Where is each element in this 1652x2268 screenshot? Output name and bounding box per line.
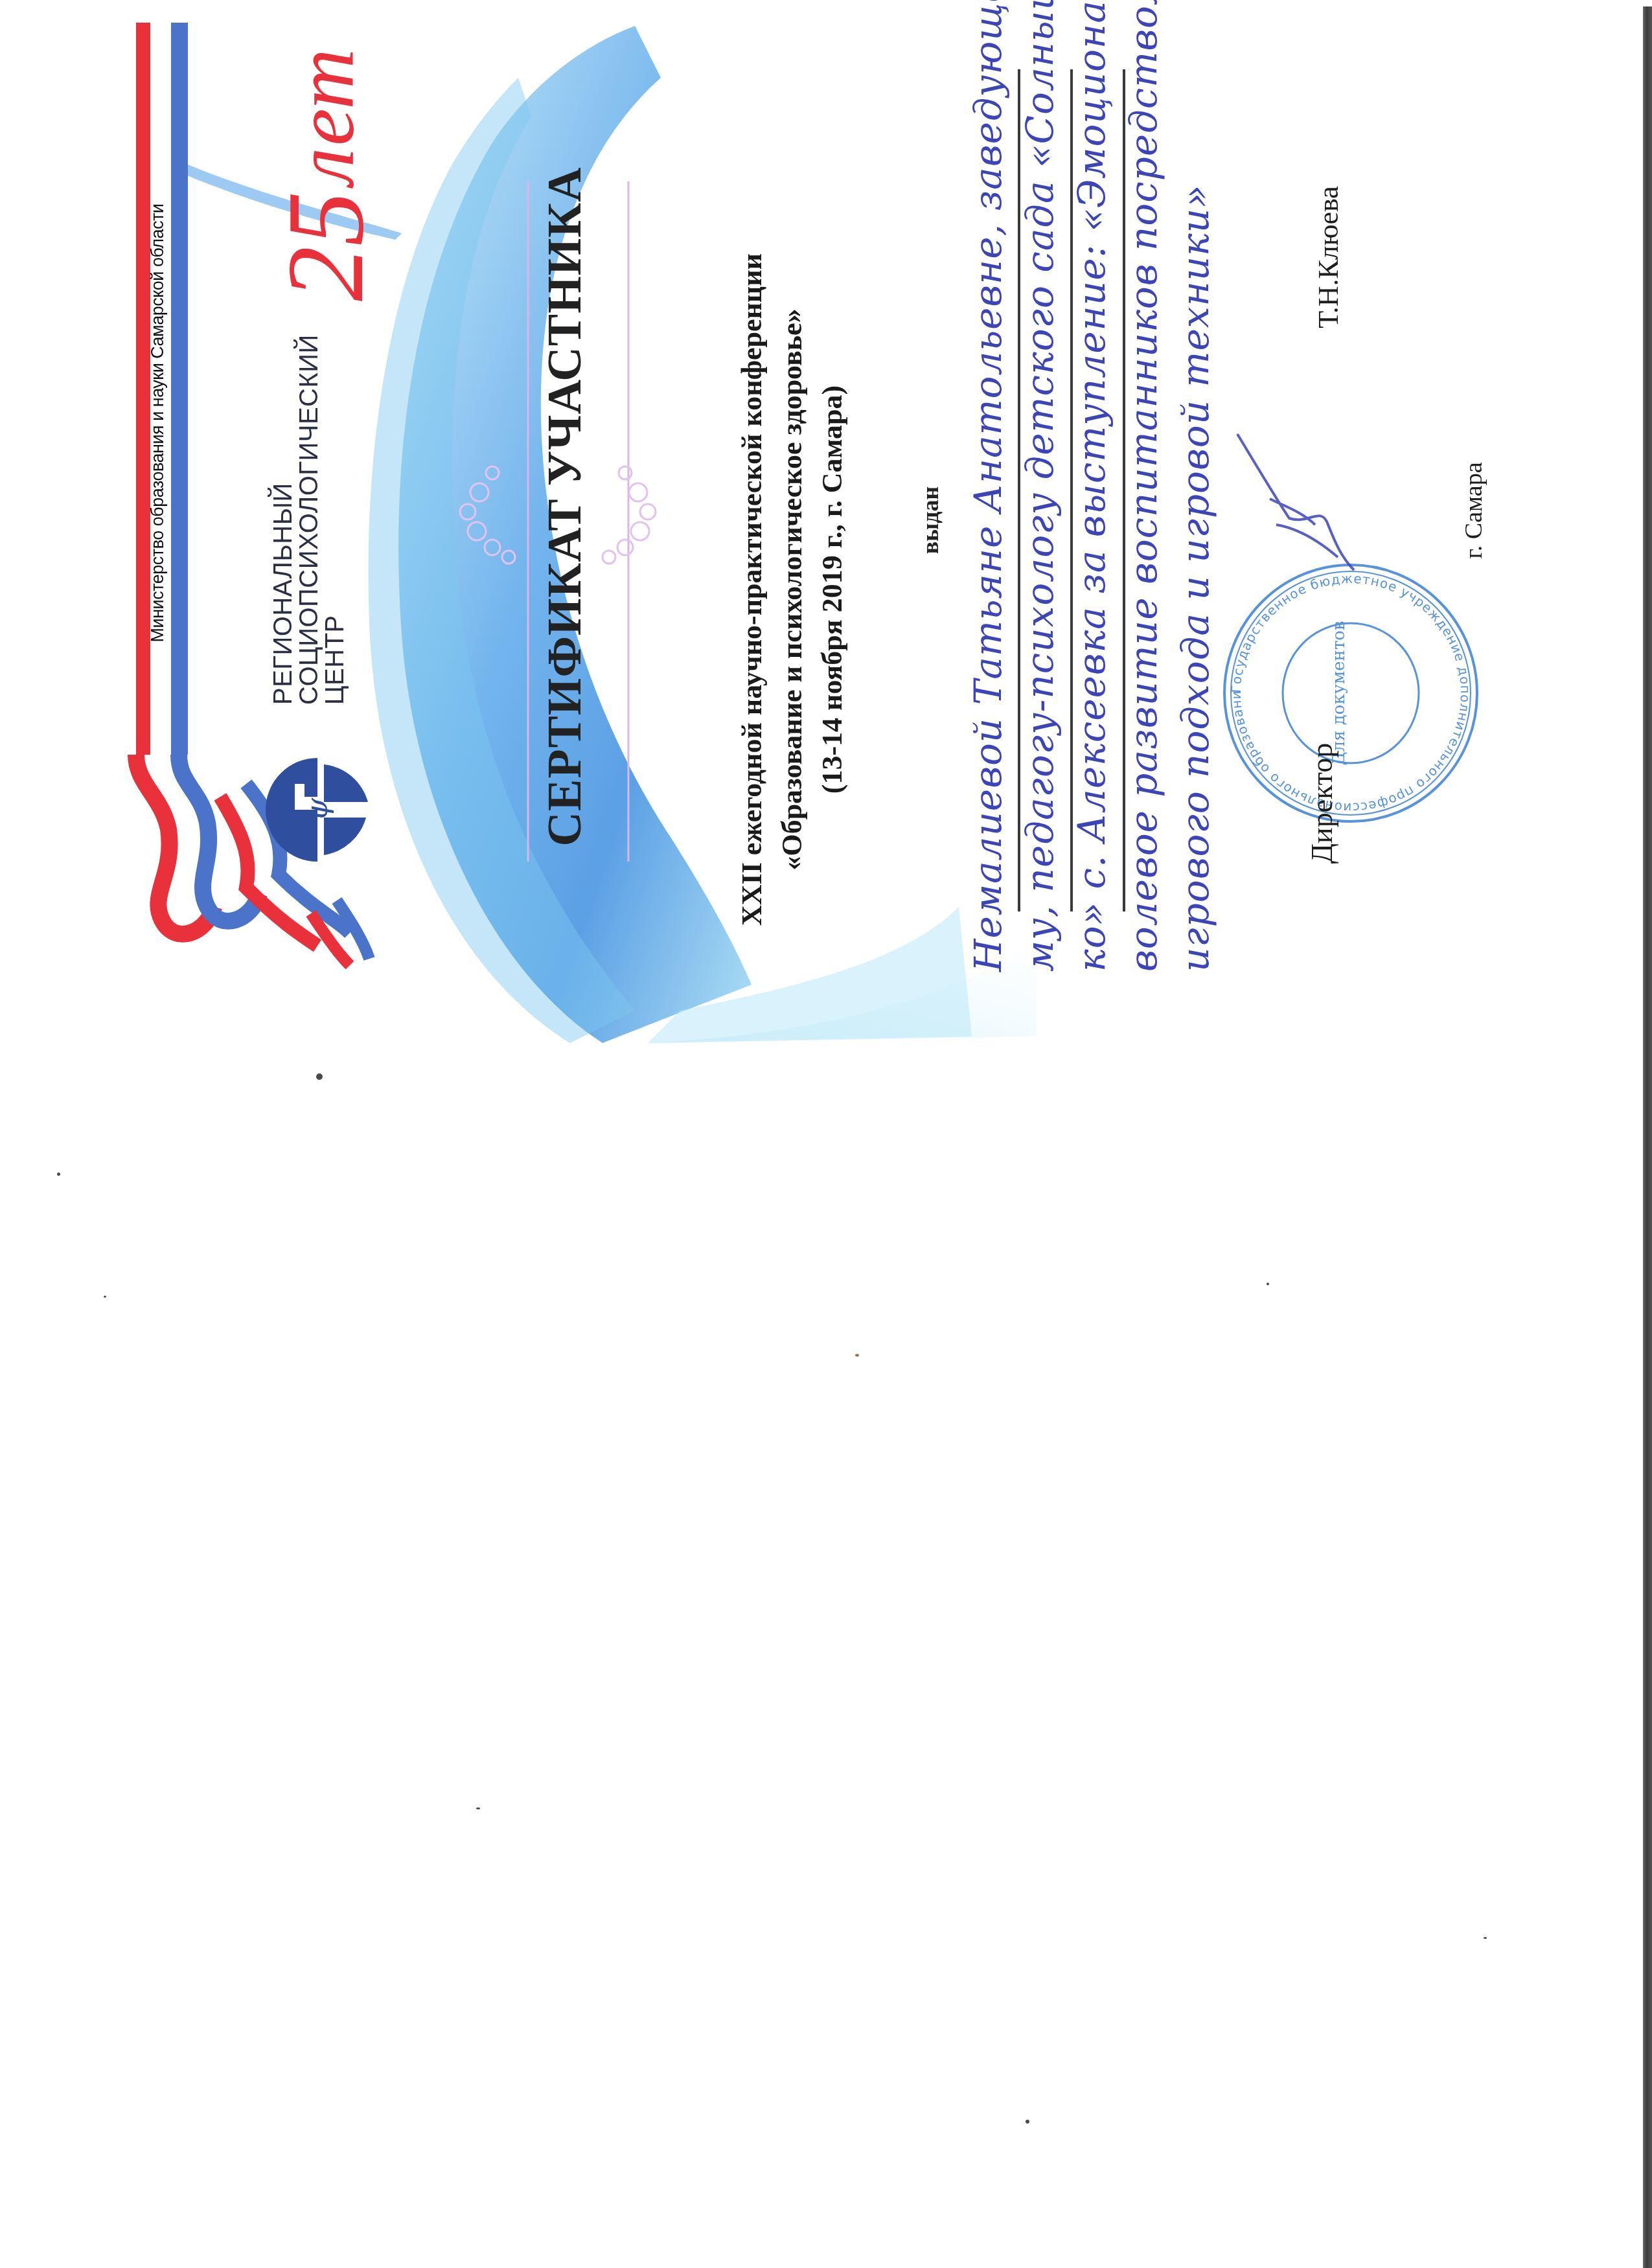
conference-line-1: XXII ежегодной научно-практической конфе… (732, 253, 772, 926)
psi-symbol: ψ (299, 797, 334, 821)
director-label: Директор (1302, 739, 1341, 868)
conference-line-2: «Образование и психологическое здоровье» (772, 308, 812, 870)
organization-line-3: ЦЕНТР (322, 615, 348, 705)
city-label: г. Самара (1458, 442, 1490, 578)
scan-speck (104, 1296, 106, 1298)
ministry-name: Министерство образования и науки Самарск… (146, 122, 168, 724)
conference-line-3: (13-14 ноября 2019 г., г. Самара) (812, 385, 853, 794)
anniversary-word: лет (283, 49, 367, 185)
organization-line-1: РЕГИОНАЛЬНЫЙ (270, 483, 296, 705)
scan-border (1643, 6, 1652, 2268)
scan-speck (1484, 1937, 1487, 1939)
scan-speck (855, 1354, 859, 1357)
anniversary-mark: 25 лет (273, 0, 377, 350)
conference-info: XXII ежегодной научно-практической конфе… (728, 220, 857, 959)
recipient-line-3: ко» с. Алексеевка за выступление: «Эмоци… (1066, 0, 1118, 972)
recipient-line-1: Немалиевой Татьяне Анатольевне, заведующ… (962, 0, 1014, 972)
scan-speck (1267, 1283, 1269, 1285)
scan-speck (476, 1807, 480, 1809)
organization-line-2: СОЦИОПСИХОЛОГИЧЕСКИЙ (296, 334, 322, 705)
organization-logo: ψ (253, 751, 382, 868)
recipient-line-4: волевое развитие воспитанников посредств… (1118, 0, 1169, 972)
scan-speck (1026, 2120, 1029, 2124)
signer-name: Т.Н.Клюева (1309, 160, 1348, 354)
scan-speck (57, 1173, 60, 1176)
recipient-handwritten: Немалиевой Татьяне Анатольевне, заведующ… (956, 52, 1260, 972)
recipient-line-2: му, педагогу-психологу детского сада «Со… (1014, 0, 1066, 972)
recipient-line-5: игрового подхода и игровой техники» (1169, 184, 1221, 972)
anniversary-number: 25 (270, 191, 380, 301)
director-signature (1231, 428, 1360, 583)
scan-speck (316, 1073, 323, 1080)
certificate-title: СЕРТИФИКАТ УЧАСТНИКА (539, 144, 591, 869)
organization-name: РЕГИОНАЛЬНЫЙ СОЦИОПСИХОЛОГИЧЕСКИЙ ЦЕНТР (267, 297, 351, 705)
issued-label: выдан (917, 475, 943, 566)
